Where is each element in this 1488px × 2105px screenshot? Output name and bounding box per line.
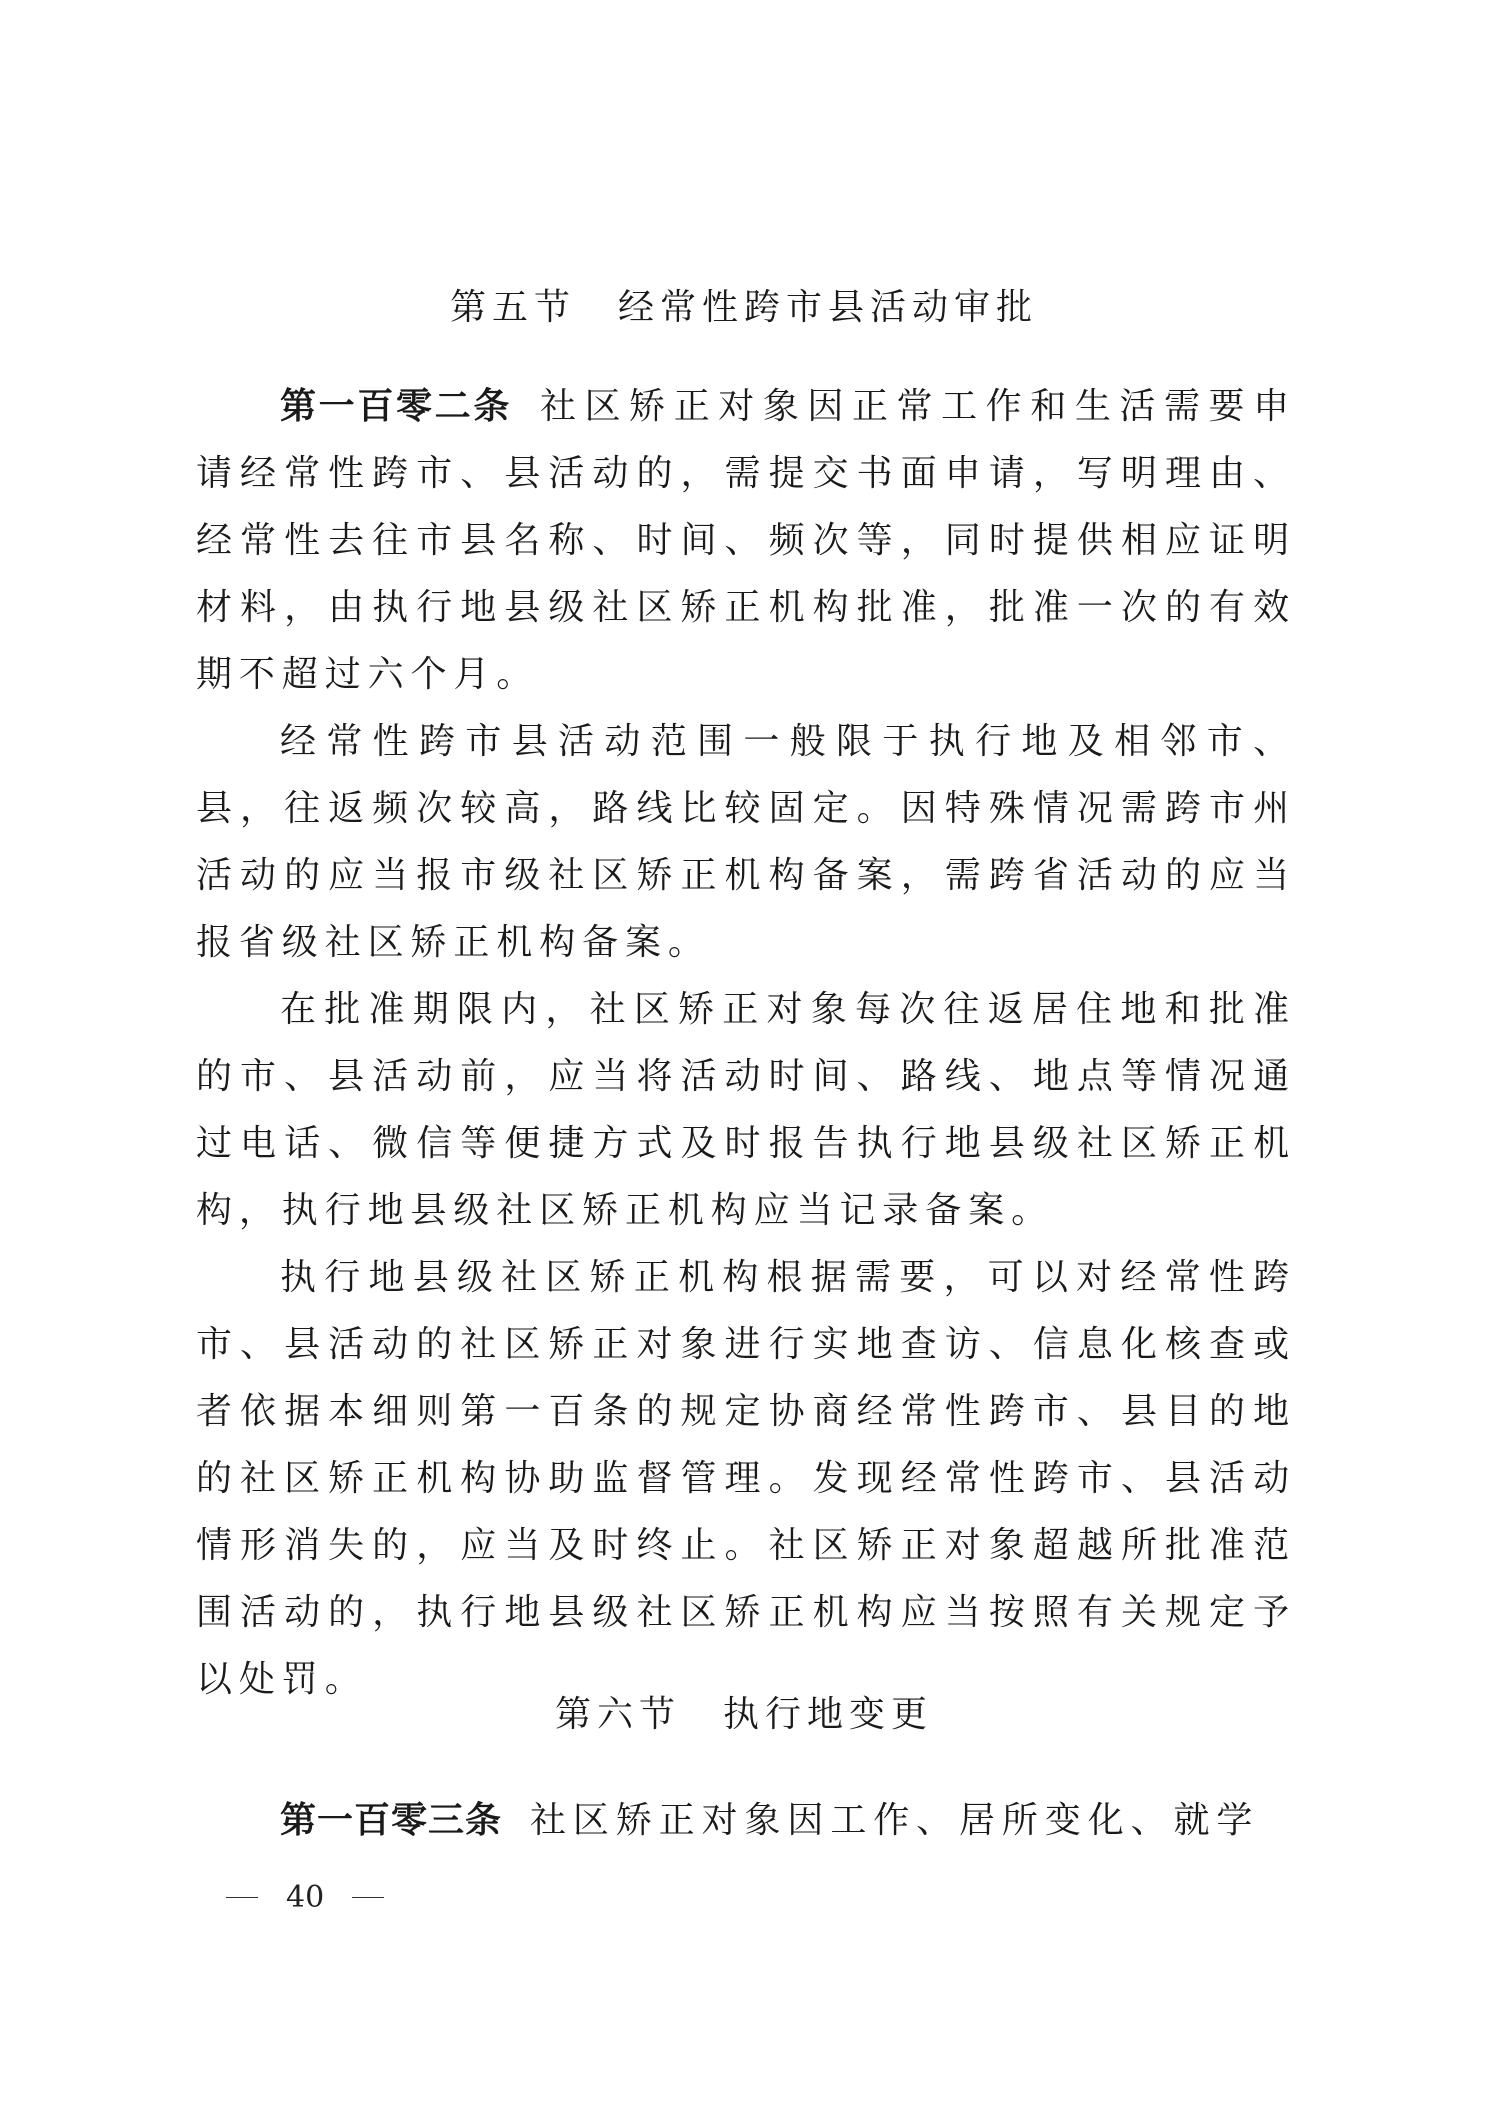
article-102-paragraph-1: 第一百零二条社区矫正对象因正常工作和生活需要申请经常性跨市、县活动的，需提交书面…	[196, 373, 1296, 708]
dash-left	[226, 1897, 258, 1898]
section-6-title: 第六节 执行地变更	[0, 1695, 1488, 1735]
article-number: 第一百零三条	[280, 1800, 502, 1841]
paragraph-text: 社区矫正对象因工作、居所变化、就学	[530, 1800, 1259, 1841]
article-number: 第一百零二条	[280, 386, 512, 427]
page-number-value: 40	[286, 1880, 324, 1915]
page-number: 40	[226, 1880, 384, 1915]
paragraph-text: 社区矫正对象因正常工作和生活需要申请经常性跨市、县活动的，需提交书面申请，写明理…	[196, 386, 1296, 695]
article-102-paragraph-3: 在批准期限内，社区矫正对象每次往返居住地和批准的市、县活动前，应当将活动时间、路…	[196, 976, 1296, 1244]
article-102-paragraph-4: 执行地县级社区矫正机构根据需要，可以对经常性跨市、县活动的社区矫正对象进行实地查…	[196, 1244, 1296, 1713]
article-103-paragraph-1: 第一百零三条社区矫正对象因工作、居所变化、就学	[196, 1787, 1296, 1854]
section-5-title: 第五节 经常性跨市县活动审批	[0, 288, 1488, 328]
article-103: 第一百零三条社区矫正对象因工作、居所变化、就学	[196, 1787, 1296, 1854]
article-102: 第一百零二条社区矫正对象因正常工作和生活需要申请经常性跨市、县活动的，需提交书面…	[196, 373, 1296, 1713]
article-102-paragraph-2: 经常性跨市县活动范围一般限于执行地及相邻市、县，往返频次较高，路线比较固定。因特…	[196, 708, 1296, 976]
dash-right	[352, 1897, 384, 1898]
document-page: 第五节 经常性跨市县活动审批 第一百零二条社区矫正对象因正常工作和生活需要申请经…	[0, 0, 1488, 2105]
